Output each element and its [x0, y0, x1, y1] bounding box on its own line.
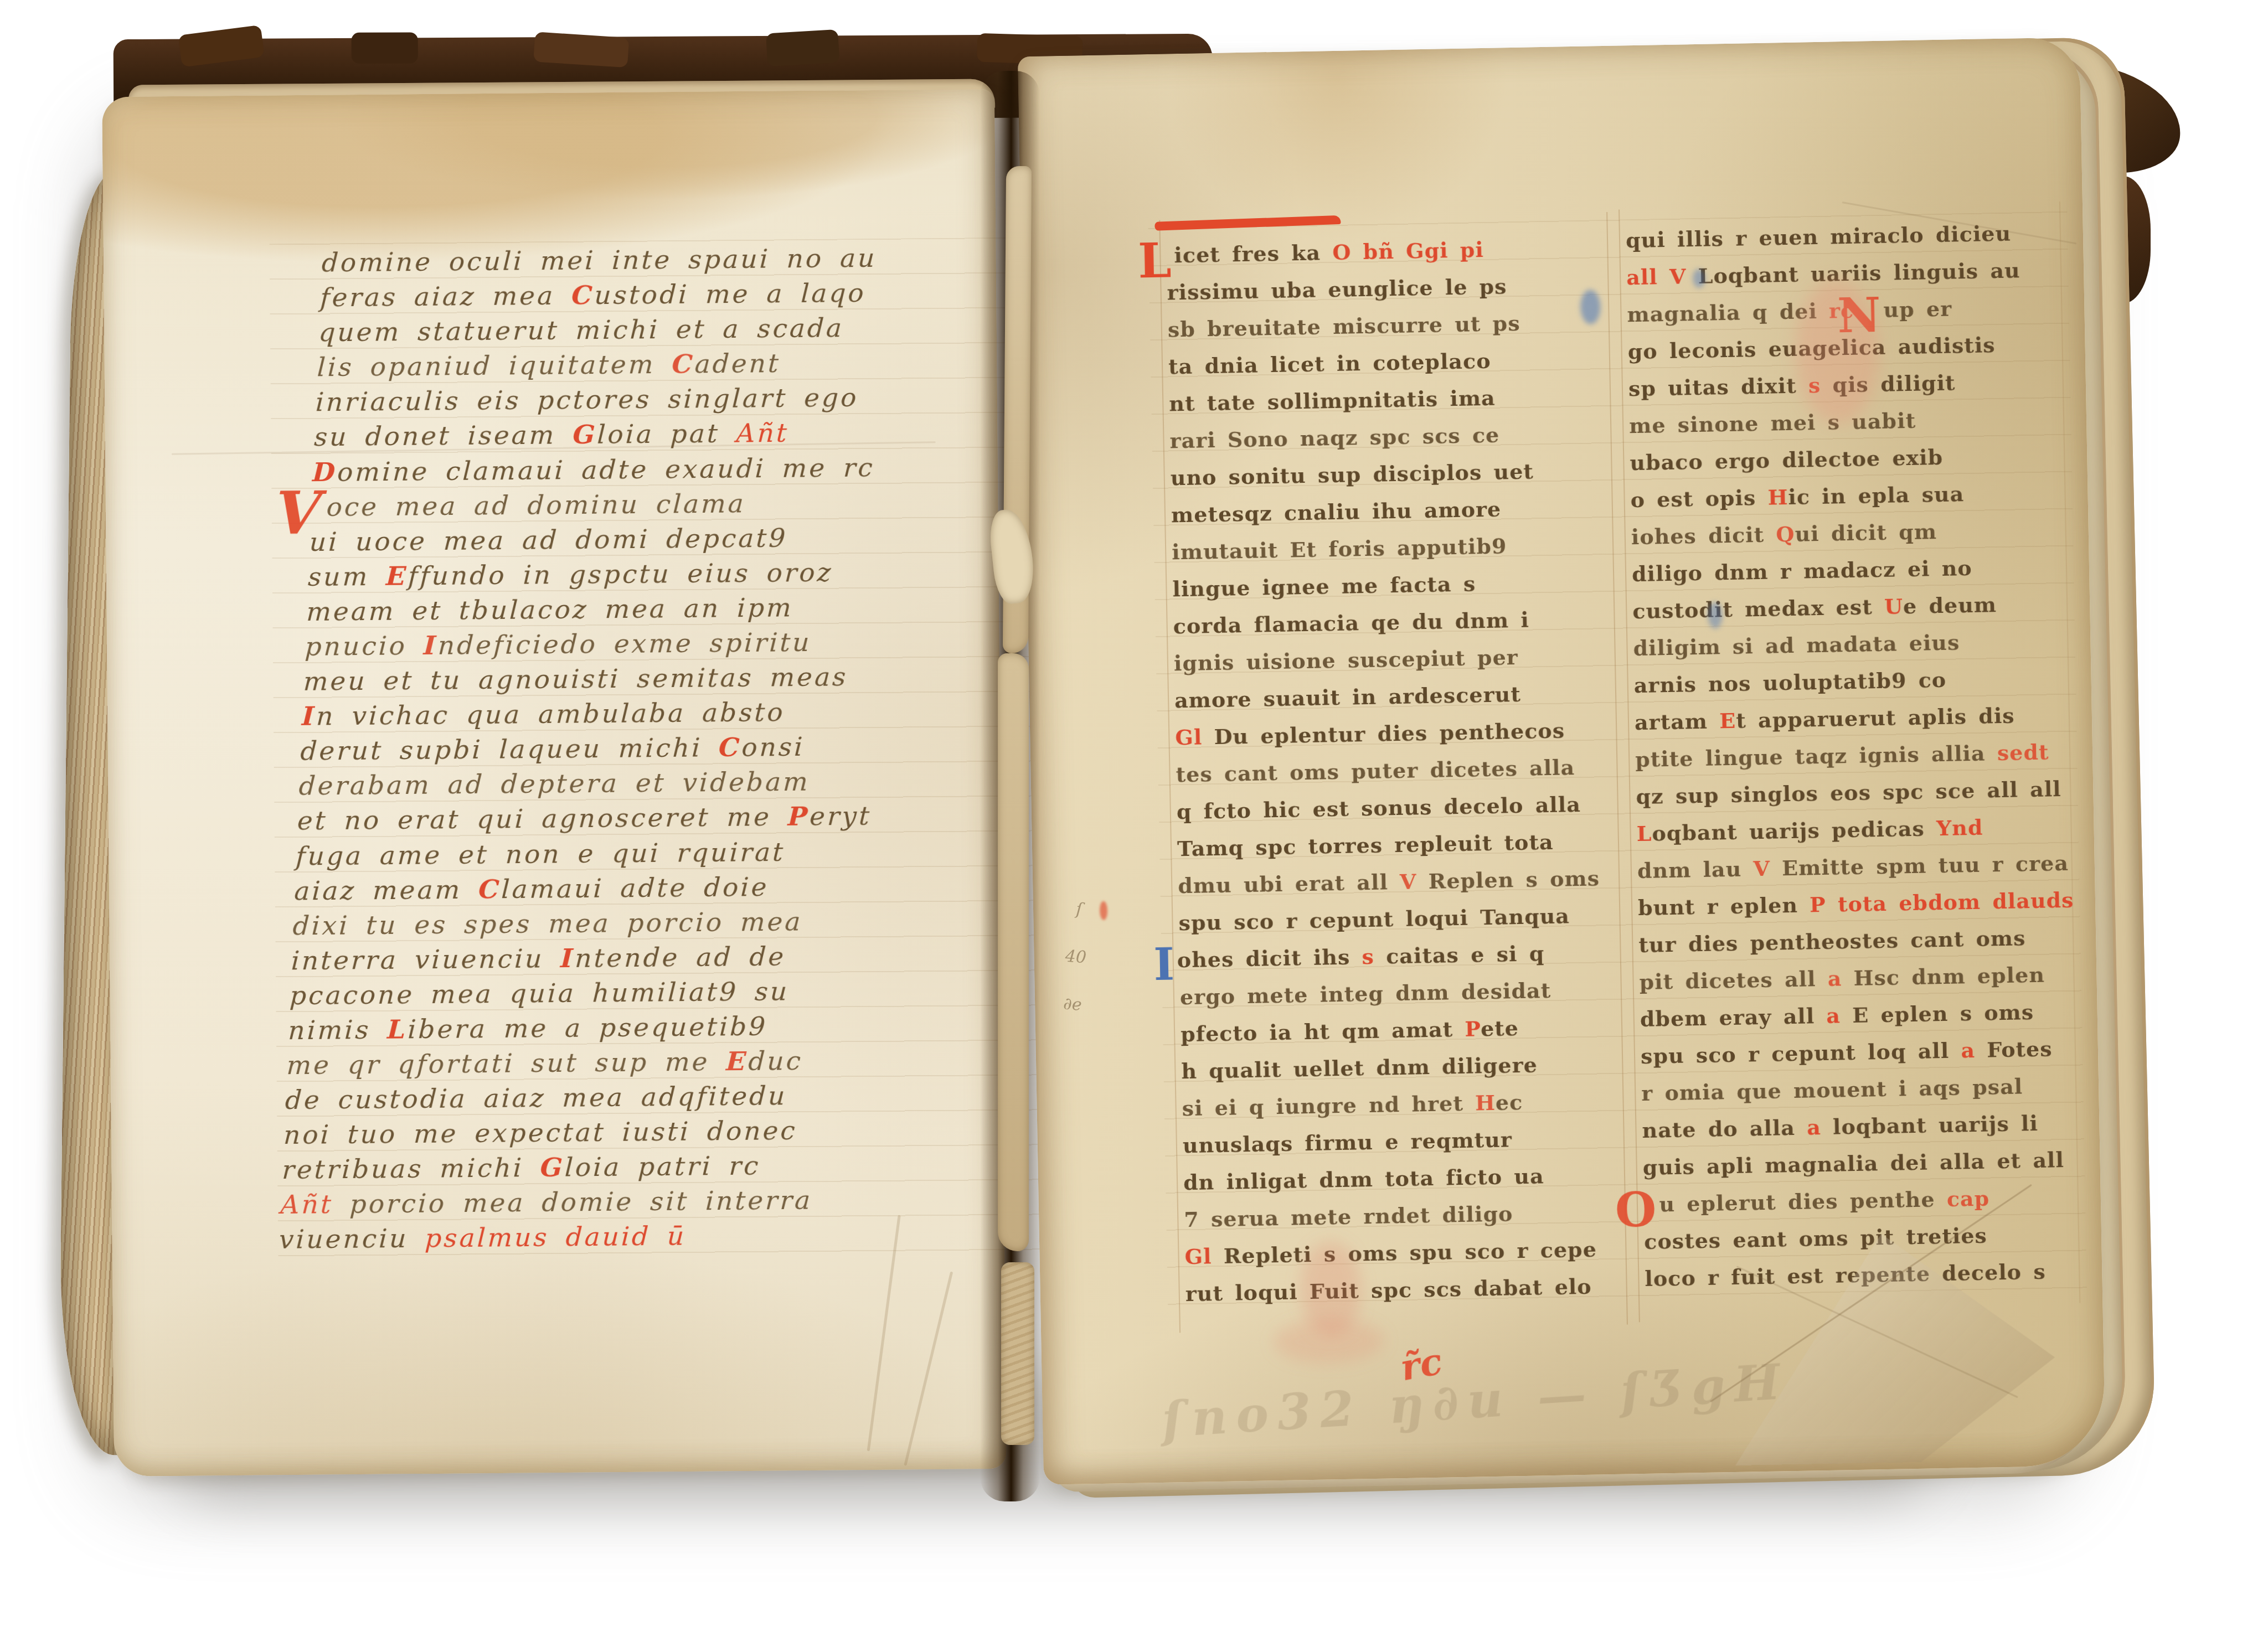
text-line: meu et tu agnouisti semitas meas [303, 658, 1024, 699]
text-segment: L [386, 1014, 408, 1045]
text-segment: rissimu uba eunglice le ps [1167, 273, 1507, 304]
parchment-guard-strip-stained [1001, 1262, 1034, 1445]
text-segment: ndeficiedo exme spiritu [437, 627, 812, 661]
text-segment: meu et tu agnouisti semitas meas [303, 662, 849, 697]
text-segment: a [1826, 1003, 1853, 1028]
blue-ink-smudge [1580, 290, 1601, 324]
text-segment: Repleti s oms spu sco r cepe [1223, 1237, 1597, 1268]
text-line: Voce mea ad dominu clama [310, 483, 1032, 524]
text-segment: nate do alla [1642, 1115, 1807, 1143]
text-segment: sedt [1997, 739, 2049, 765]
text-segment: dnm lau [1637, 856, 1754, 883]
text-line: aiaz meam Clamaui adte doie [293, 868, 1015, 909]
text-segment: pit dicetes all [1639, 966, 1828, 994]
text-segment: amore suauit in ardescerut [1174, 682, 1521, 713]
text-segment: G [540, 1153, 566, 1183]
text-segment: spu sco r cepunt loqui Tanqua [1178, 903, 1570, 935]
text-segment: oqbant uarijs pedicas [1652, 815, 1936, 845]
text-segment: qz sup singlos eos spc sce all all [1636, 776, 2061, 809]
text-segment: ffundo in gspctu eius oroz [408, 558, 834, 592]
text-segment: sp uitas dixit [1628, 373, 1809, 401]
text-segment: P [787, 802, 811, 832]
text-line: quem statuerut michi et a scada [318, 309, 1039, 350]
text-segment: ete [1481, 1015, 1519, 1041]
text-segment: Replen s oms [1428, 865, 1600, 894]
text-segment: C [478, 874, 502, 905]
text-segment: Gl [1175, 724, 1214, 750]
blue-ink-smudge [1693, 269, 1705, 288]
text-segment: rari Sono naqz spc scs ce [1169, 422, 1499, 453]
text-segment: ui uoce mea ad domi depcat9 [309, 523, 788, 558]
text-segment: H [1767, 484, 1788, 510]
text-segment: L [1636, 821, 1652, 846]
text-segment: ta dnia licet in coteplaco [1168, 348, 1491, 379]
text-segment: qui illis r euen miraclo dicieu [1626, 221, 2012, 253]
binding-wear-bump [533, 32, 629, 68]
offset-scribble: ſno32 ŋ∂u — ſƷgH [1160, 1353, 1790, 1449]
red-quire-mark: r̃c [1396, 1339, 1446, 1390]
text-segment: duc [748, 1046, 803, 1077]
text-segment: imutauit Et foris apputib9 [1172, 533, 1507, 564]
text-segment: V [1400, 869, 1429, 894]
text-segment: ustodi me a laqo [594, 278, 867, 311]
text-segment: ibera me a psequetib9 [407, 1011, 768, 1045]
text-segment: eryt [809, 801, 872, 832]
text-segment: bunt r eplen [1638, 892, 1810, 920]
text-segment: P tota ebdom dlauds [1810, 887, 2074, 917]
text-segment: Loqbant uariis linguis au [1698, 257, 2020, 288]
text-line: feras aiaz mea Custodi me a laqo [319, 274, 1041, 315]
text-segment: diligo dnm r madacz ei no [1632, 555, 1972, 586]
text-segment: tur dies pentheostes cant oms [1638, 925, 2026, 957]
text-line: derut supbi laqueu michi Consi [300, 728, 1021, 769]
manuscript-photo: domine oculi mei inte spaui no auferas a… [0, 0, 2268, 1626]
left-page-text: domine oculi mei inte spaui no auferas a… [279, 239, 1043, 1257]
text-line: meam et tbulacoz mea an ipm [306, 589, 1027, 629]
text-segment: loia patri rc [564, 1151, 761, 1183]
text-segment: o est opis [1630, 485, 1768, 513]
text-segment: e deum [1903, 592, 1997, 618]
text-segment: me sinone mei s uabit [1629, 408, 1916, 438]
text-segment: ohes dicit ihs [1177, 944, 1362, 972]
text-line: lis opaniud iquitatem Cadent [316, 344, 1038, 385]
text-segment: h qualit uellet dnm diligere [1181, 1052, 1538, 1083]
parchment-wrinkle [904, 1272, 953, 1466]
text-segment: Emitte spm tuu r crea [1782, 850, 2069, 880]
text-segment: inriaculis eis pctores singlart ego [315, 383, 859, 418]
text-segment: uno sonitu sup disciplos uet [1170, 458, 1534, 490]
text-segment: fuga ame et non e qui rquirat [295, 837, 786, 871]
text-segment: a [1807, 1114, 1833, 1140]
text-segment: onsi [741, 732, 805, 763]
text-segment: meam et tbulacoz mea an ipm [306, 592, 794, 627]
text-line: domine oculi mei inte spaui no au [321, 239, 1043, 280]
text-segment: Fotes [1987, 1036, 2053, 1062]
text-segment: O bñ Ggi pi [1332, 237, 1484, 265]
text-segment: 7 serua mete rndet diligo [1184, 1201, 1513, 1232]
text-segment: I [301, 701, 317, 732]
text-segment: dmu ubi erat all [1178, 869, 1400, 898]
text-segment: aiaz meam [293, 874, 479, 906]
text-segment: Q [1776, 522, 1795, 547]
text-line: pcacone mea quia humiliat9 su [289, 972, 1011, 1013]
text-segment: diligim si ad madata eius [1633, 629, 1960, 660]
text-segment: loqbant uarijs li [1833, 1111, 2039, 1139]
text-line: noi tuo me expectat iusti donec [283, 1112, 1004, 1153]
text-line: fuga ame et non e qui rquirat [295, 833, 1017, 874]
text-segment: viuenciu [279, 1224, 426, 1255]
left-page: domine oculi mei inte spaui no auferas a… [102, 89, 1007, 1477]
binding-wear-bump [352, 32, 418, 64]
text-line: retribuas michi Gloia patri rc [281, 1147, 1003, 1188]
text-segment: u eplerut dies penthe [1659, 1186, 1947, 1217]
text-segment: tes cant oms puter dicetes alla [1176, 755, 1575, 787]
text-line: de custodia aiaz mea adqfitedu [285, 1077, 1006, 1118]
text-segment: pcacone mea quia humiliat9 su [289, 976, 790, 1011]
text-segment: psalmus dauid ū [424, 1221, 687, 1254]
text-segment: metesqz cnaliu ihu amore [1171, 497, 1502, 528]
text-segment: pfecto ia ht qm amat [1181, 1016, 1465, 1046]
text-segment: loco r fuit est repente decelo s [1645, 1259, 2046, 1291]
text-segment: lingue ignee me facta s [1172, 571, 1476, 601]
text-segment: C [671, 349, 695, 380]
text-segment: porcio mea domie sit interra [333, 1185, 813, 1220]
text-segment: H [1475, 1090, 1496, 1116]
text-segment: r omia que mouent i aqs psal [1641, 1073, 2023, 1106]
text-segment: si ei q iungre nd hret [1182, 1091, 1475, 1121]
text-line: inriaculis eis pctores singlart ego [315, 379, 1037, 420]
text-segment: quem statuerut michi et a scada [318, 313, 844, 348]
text-segment: Añt [280, 1190, 334, 1221]
text-segment: iohes dicit [1631, 522, 1776, 549]
text-segment: ptite lingue taqz ignis allia [1635, 740, 1997, 772]
text-segment: arnis nos uoluptatib9 co [1633, 667, 1946, 698]
illuminated-initial: I [1153, 949, 1175, 981]
text-segment: I [423, 631, 439, 661]
text-line: pnucio Indeficiedo exme spiritu [304, 623, 1025, 664]
text-segment: V [1753, 855, 1782, 881]
text-segment: ic in epla sua [1788, 481, 1965, 509]
text-segment: P [1465, 1016, 1481, 1041]
text-segment: t apparuerut aplis dis [1736, 703, 2015, 733]
text-segment: icet fres ka [1174, 240, 1333, 267]
illuminated-initial: V [275, 492, 324, 534]
text-segment: cap [1946, 1186, 1989, 1211]
text-line: derabam ad deptera et videbam [298, 763, 1019, 804]
text-line: me qr qfortati sut sup me Educ [286, 1042, 1007, 1083]
text-segment: E [385, 561, 409, 591]
text-segment: nimis [287, 1015, 388, 1046]
text-line: su donet iseam Gloia pat Añt [313, 414, 1035, 455]
text-segment: interra viuenciu [291, 943, 561, 976]
text-segment: feras aiaz mea [319, 281, 572, 313]
text-segment: nt tate sollimpnitatis ima [1169, 385, 1496, 416]
text-segment: Gl [1184, 1243, 1224, 1269]
text-line: ui uoce mea ad domi depcat9 [309, 518, 1030, 559]
red-offset-stain [1274, 1318, 1385, 1365]
text-segment: Tamq spc torres repleuit tota [1177, 829, 1554, 861]
text-segment: sum [307, 561, 386, 592]
text-segment: C [571, 280, 595, 311]
text-segment: omine clamaui adte exaudi me rc [337, 452, 875, 487]
text-segment: Du eplentur dies penthecos [1214, 717, 1565, 749]
text-segment: caitas e si q [1386, 941, 1545, 968]
text-segment: s [1362, 943, 1386, 969]
text-segment: retribuas michi [281, 1153, 541, 1185]
binding-wear-bump [178, 25, 265, 68]
text-line: viuenciu psalmus dauid ū [279, 1216, 1000, 1257]
text-line: dixi tu es spes mea porcio mea [292, 902, 1013, 943]
text-segment: me qr qfortati sut sup me [286, 1046, 727, 1081]
text-segment: derabam ad deptera et videbam [298, 767, 811, 802]
text-segment: domine oculi mei inte spaui no au [321, 243, 878, 278]
text-line: Añt porcio mea domie sit interra [280, 1181, 1001, 1222]
text-segment: de custodia aiaz mea adqfitedu [285, 1081, 788, 1116]
text-segment: a [1961, 1037, 1987, 1063]
text-segment: ui dicit qm [1795, 519, 1937, 546]
text-segment: lamaui adte doie [501, 872, 769, 905]
right-column-1: Licet fres ka O bñ Ggi pirissimu uba eun… [1166, 229, 1628, 1312]
text-segment: adent [694, 348, 781, 379]
text-segment: Ynd [1936, 815, 1983, 841]
text-segment: up er [1883, 296, 1952, 322]
text-segment: E eplen s oms [1852, 999, 2034, 1028]
text-segment: q fcto hic est sonus decelo alla [1176, 792, 1581, 824]
red-ink-drip [1100, 901, 1108, 920]
text-line: interra viuenciu Intende ad de [291, 937, 1012, 978]
binding-wear-bump [766, 29, 839, 66]
text-line: sum Effundo in gspctu eius oroz [307, 554, 1029, 595]
text-segment: sb breuitate miscurre ut ps [1167, 311, 1520, 342]
parchment-guard-strip [998, 653, 1029, 1251]
text-segment: Hsc dnm eplen [1853, 962, 2045, 990]
text-segment: et no erat qui agnosceret me [297, 802, 788, 837]
text-segment: E [1719, 708, 1736, 734]
illuminated-initial: O [1615, 1193, 1657, 1228]
text-segment: dbem eray all [1640, 1003, 1826, 1031]
text-segment: corda flamacia qe du dnm i [1173, 607, 1529, 639]
text-segment: all V [1626, 264, 1698, 290]
text-segment: spu sco r cepunt loq all [1641, 1037, 1961, 1068]
text-segment: G [572, 420, 598, 450]
text-line: Domine clamaui adte exaudi me rc [312, 448, 1033, 489]
blue-ink-smudge [1708, 602, 1723, 628]
text-segment: C [718, 732, 743, 763]
text-segment: n vichac qua ambulaba absto [316, 697, 786, 731]
text-segment: dn inligat dnm tota ficto ua [1183, 1163, 1544, 1195]
text-segment: I [560, 943, 575, 974]
text-segment: ignis uisione suscepiut per [1174, 644, 1519, 675]
text-line: In vichac qua ambulaba absto [301, 693, 1023, 734]
text-segment: oce mea ad dominu clama [326, 488, 746, 523]
text-segment: pnucio [305, 631, 425, 662]
text-segment: noi tuo me expectat iusti donec [283, 1116, 798, 1150]
right-page: Licet fres ka O bñ Ggi pirissimu uba eun… [1018, 37, 2106, 1485]
text-segment: lis opaniud iquitatem [317, 349, 673, 383]
text-segment: rut loqui Fuit spc scs dabat elo [1185, 1274, 1592, 1306]
text-line: nimis Libera me a psequetib9 [287, 1007, 1009, 1048]
text-segment: ubaco ergo dilectoe exib [1630, 445, 1944, 475]
text-segment: guis apli magnalia dei alla et all [1642, 1147, 2064, 1180]
text-segment: a [1827, 966, 1854, 991]
text-segment: ergo mete integ dnm desidat [1180, 978, 1551, 1009]
text-segment: ntende ad de [574, 941, 786, 973]
text-segment: ec [1495, 1090, 1523, 1115]
text-segment: unuslaqs firmu e reqmtur [1182, 1127, 1512, 1158]
text-segment: dixi tu es spes mea porcio mea [292, 906, 803, 941]
text-segment: custodit medax est [1632, 594, 1884, 623]
text-segment: artam [1635, 708, 1720, 735]
text-segment: U [1884, 593, 1904, 619]
text-segment: E [725, 1046, 749, 1077]
text-segment: derut supbi laqueu michi [300, 732, 719, 767]
text-line: et no erat qui agnosceret me Peryt [297, 798, 1018, 839]
